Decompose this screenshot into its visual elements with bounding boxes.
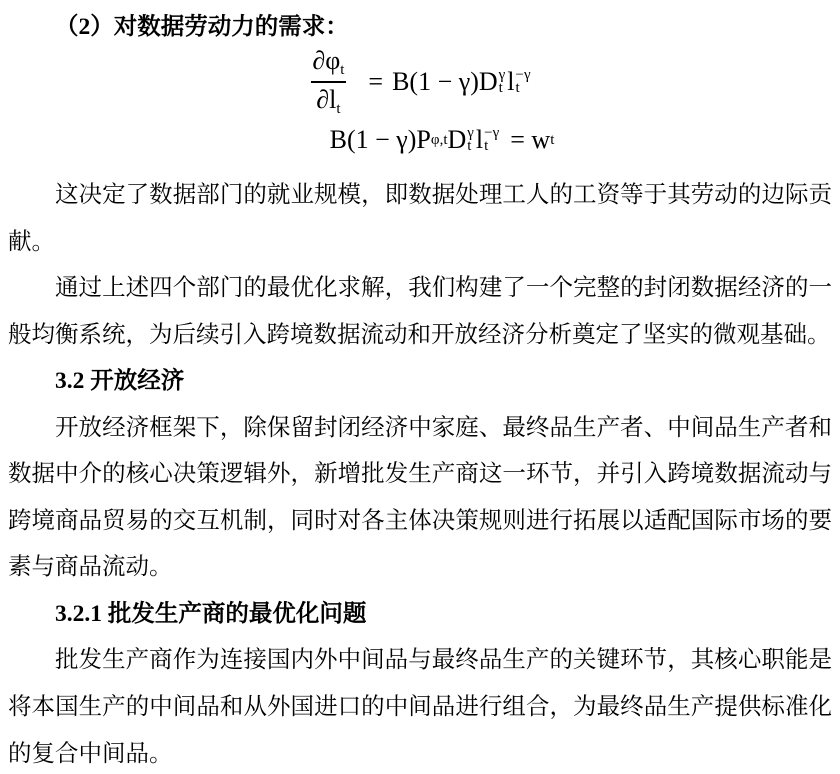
math-term: B(1 − γ)P — [330, 125, 431, 155]
math-term: l — [507, 67, 514, 97]
math-subscript: t — [484, 140, 488, 154]
math-subscript: t — [340, 62, 344, 78]
math-subscript: φ,t — [431, 133, 448, 148]
fraction-numerator: ∂φt — [307, 47, 349, 81]
math-subscript: t — [550, 133, 554, 148]
math-term: ∂l — [316, 85, 336, 114]
equals-sign: = — [368, 67, 383, 97]
heading-wholesaler-optimization: 3.2.1 批发生产商的最优化问题 — [8, 591, 832, 638]
paragraph-general-equilibrium: 通过上述四个部门的最优化求解，我们构建了一个完整的封闭数据经济的一般均衡系统，为… — [8, 265, 832, 358]
supsub-stack: γt — [499, 69, 506, 96]
math-subscript: t — [499, 82, 503, 96]
formula-rhs: = B(1 − γ)D γt l −γt — [359, 67, 532, 97]
math-term: D — [447, 125, 466, 155]
supsub-stack: −γt — [516, 69, 531, 96]
supsub-stack: −γt — [484, 127, 499, 154]
document-body: 这决定了数据部门的就业规模，即数据处理工人的工资等于其劳动的边际贡献。 通过上述… — [8, 172, 832, 774]
fraction-dphi-dl: ∂φt ∂lt — [307, 47, 349, 117]
paragraph-wholesaler-role: 批发生产商作为连接国内外中间品与最终品生产的关键环节，其核心职能是将本国生产的中… — [8, 637, 832, 774]
paragraph-open-economy-framework: 开放经济框架下，除保留封闭经济中家庭、最终品生产者、中间品生产者和数据中介的核心… — [8, 405, 832, 591]
formula-marginal-product: ∂φt ∂lt = B(1 − γ)D γt l −γt — [8, 50, 832, 114]
math-subscript: t — [516, 82, 520, 96]
math-term: ∂φ — [312, 46, 340, 75]
math-term: B(1 − γ)D — [392, 67, 498, 97]
formula-wage-condition: B(1 − γ)Pφ,t D γt l −γt = wt — [30, 118, 840, 162]
fraction-denominator: ∂lt — [311, 81, 345, 117]
math-term: = w — [510, 125, 550, 155]
document-page: （2）对数据劳动力的需求： ∂φt ∂lt = B(1 − γ)D γt l −… — [0, 0, 840, 774]
formula-body: B(1 − γ)Pφ,t D γt l −γt = wt — [330, 125, 555, 155]
math-term: l — [476, 125, 483, 155]
heading-data-labor-demand: （2）对数据劳动力的需求： — [8, 4, 832, 50]
math-subscript: t — [336, 101, 340, 117]
heading-open-economy: 3.2 开放经济 — [8, 358, 832, 405]
paragraph-employment-scale: 这决定了数据部门的就业规模，即数据处理工人的工资等于其劳动的边际贡献。 — [8, 172, 832, 265]
supsub-stack: γt — [467, 127, 474, 154]
math-subscript: t — [467, 140, 471, 154]
